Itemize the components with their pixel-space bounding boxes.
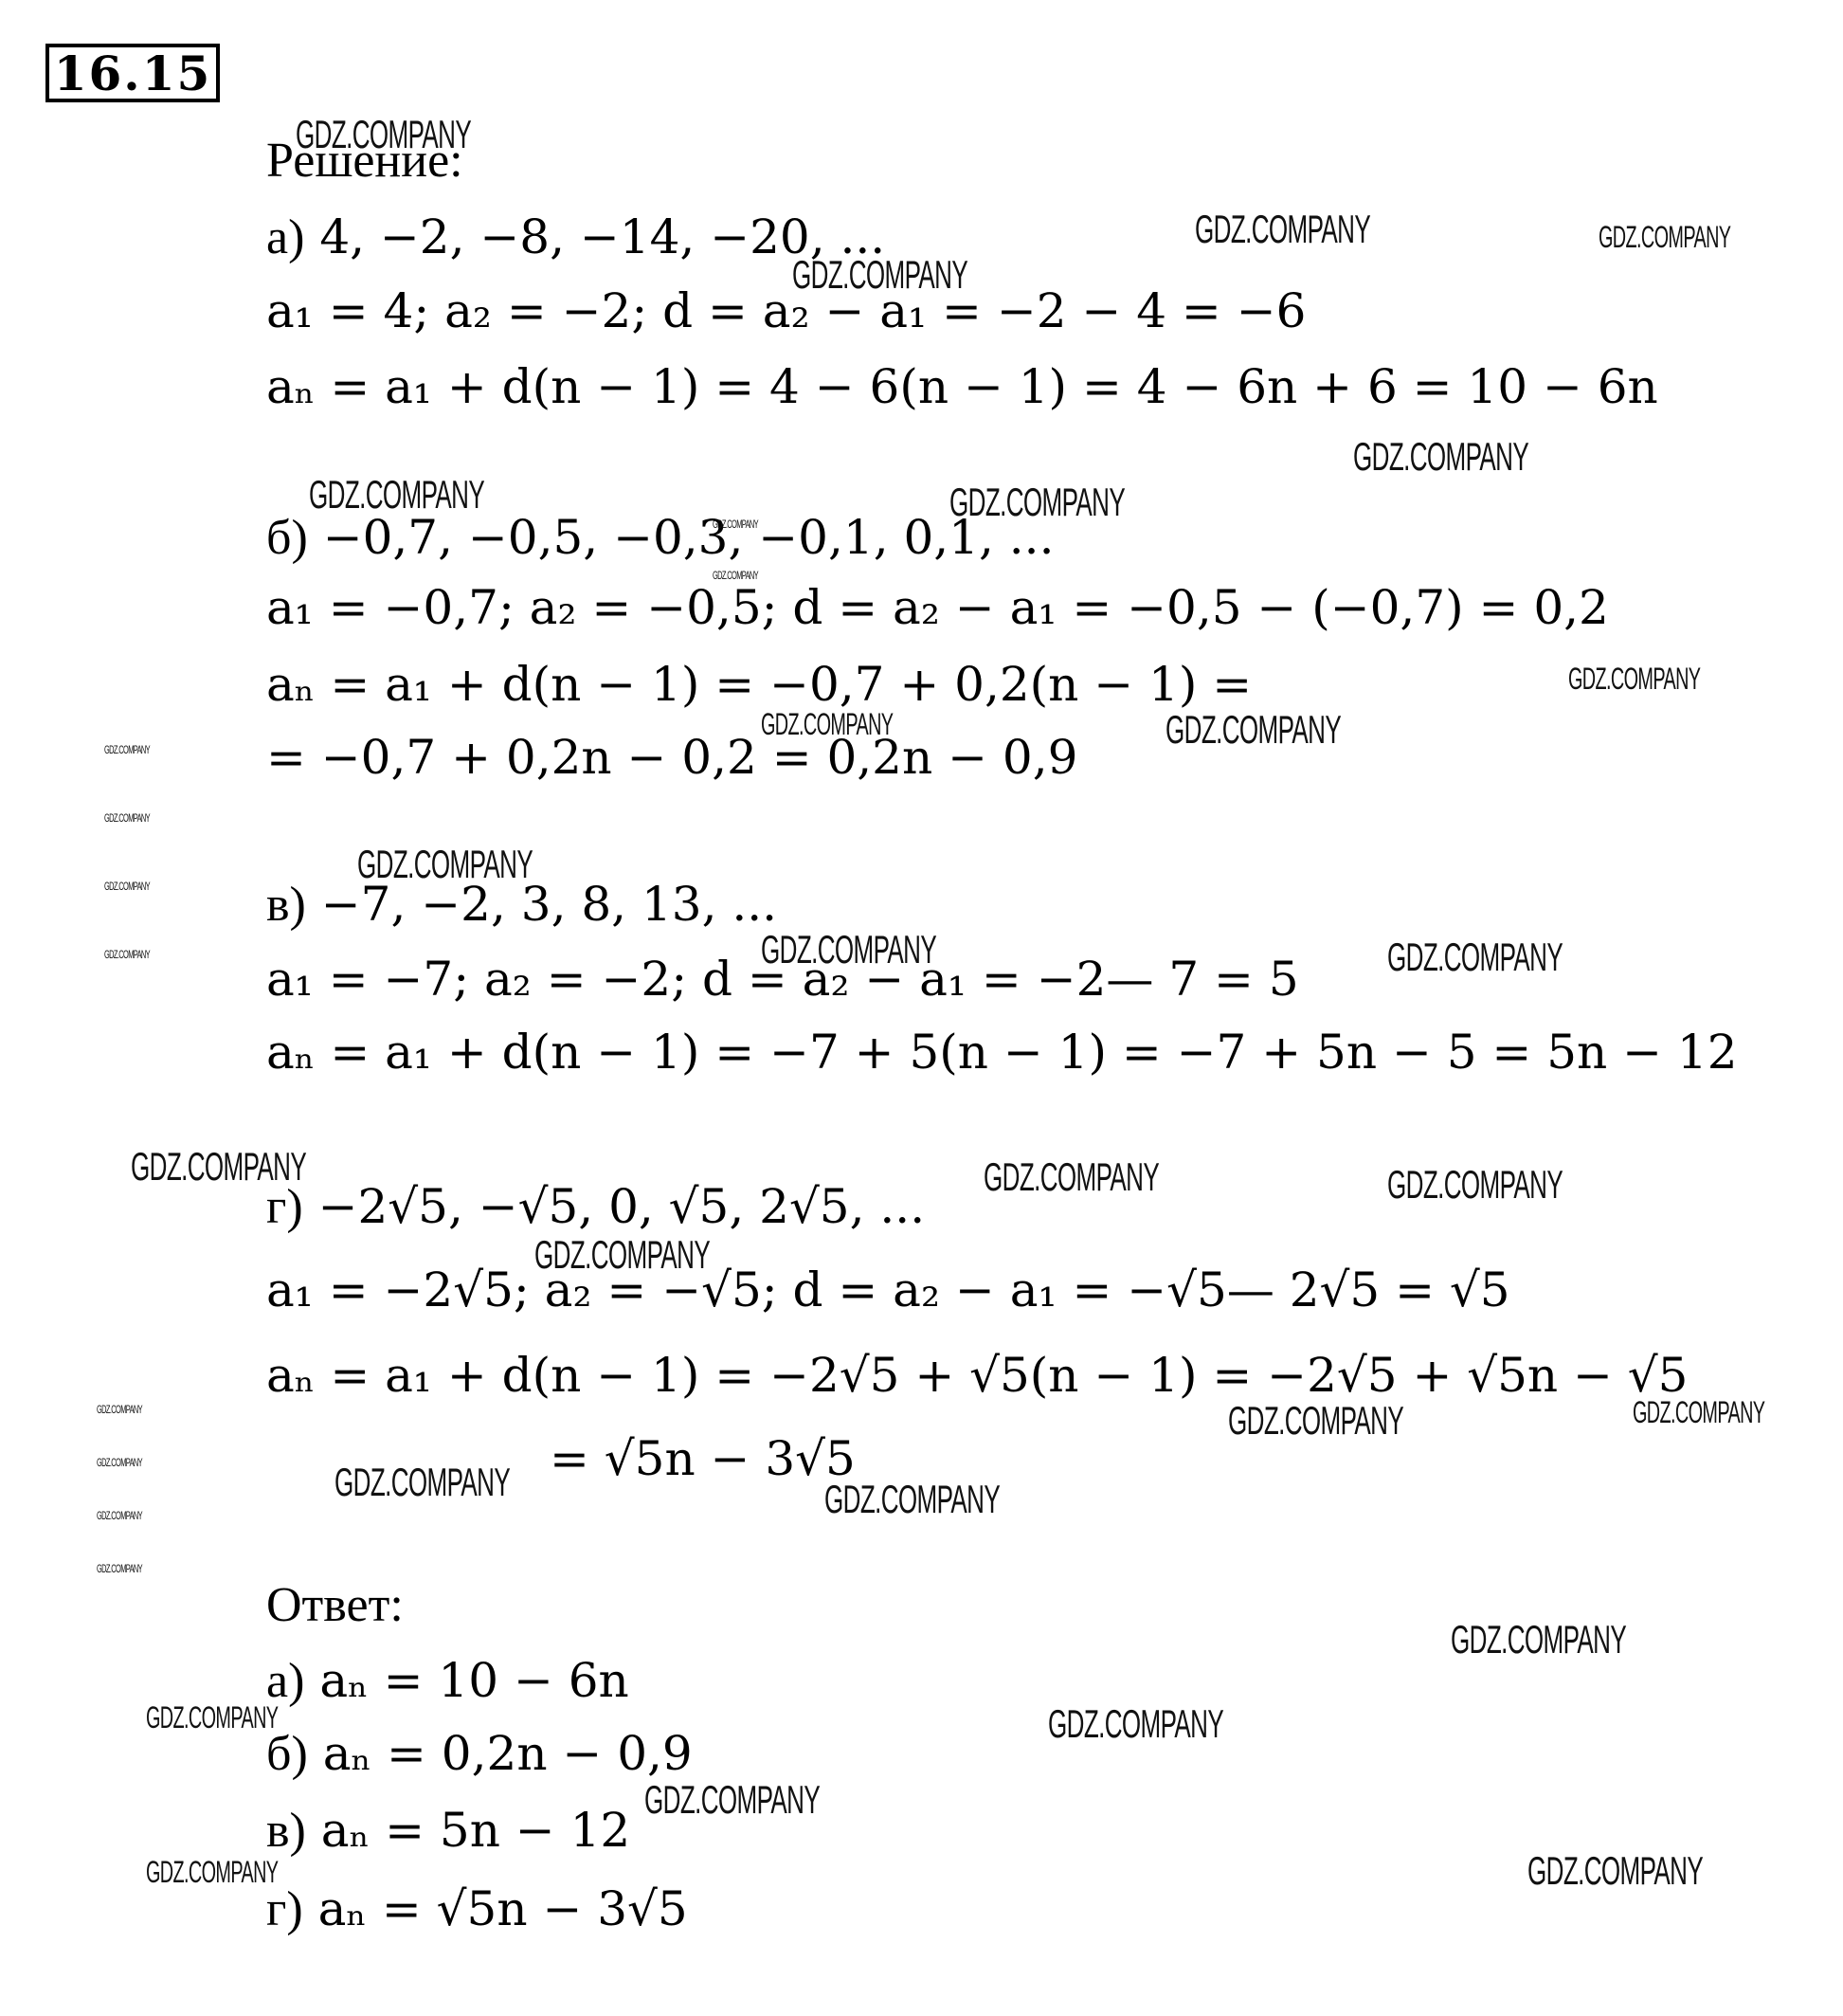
watermark: GDZ.COMPANY bbox=[824, 1477, 1000, 1522]
watermark: GDZ.COMPANY bbox=[104, 743, 150, 756]
watermark: GDZ.COMPANY bbox=[1165, 707, 1341, 753]
watermark: GDZ.COMPANY bbox=[131, 1144, 306, 1190]
watermark: GDZ.COMPANY bbox=[104, 811, 150, 825]
watermark: GDZ.COMPANY bbox=[309, 472, 484, 518]
watermark: GDZ.COMPANY bbox=[97, 1403, 142, 1416]
watermark: GDZ.COMPANY bbox=[761, 707, 893, 742]
watermark: GDZ.COMPANY bbox=[644, 1777, 820, 1823]
answer-a: а) aₙ = 10 − 6n bbox=[266, 1652, 629, 1710]
watermark: GDZ.COMPANY bbox=[534, 1232, 710, 1278]
part-d-general-term-cont: = √5n − 3√5 bbox=[550, 1430, 856, 1487]
answer-heading: Ответ: bbox=[266, 1577, 404, 1634]
answer-d: г) aₙ = √5n − 3√5 bbox=[266, 1880, 688, 1938]
watermark: GDZ.COMPANY bbox=[104, 948, 150, 961]
part-a-first-terms: a₁ = 4; a₂ = −2; d = a₂ − a₁ = −2 − 4 = … bbox=[266, 282, 1306, 339]
watermark: GDZ.COMPANY bbox=[1353, 434, 1528, 480]
part-b-sequence: б) −0,7, −0,5, −0,3, −0,1, 0,1, ... bbox=[266, 509, 1054, 567]
watermark: GDZ.COMPANY bbox=[1568, 662, 1700, 697]
part-d-sequence: г) −2√5, −√5, 0, √5, 2√5, ... bbox=[266, 1178, 925, 1236]
problem-number: 16.15 bbox=[45, 44, 220, 102]
watermark: GDZ.COMPANY bbox=[104, 880, 150, 893]
watermark: GDZ.COMPANY bbox=[1195, 207, 1370, 252]
watermark: GDZ.COMPANY bbox=[1527, 1848, 1703, 1894]
watermark: GDZ.COMPANY bbox=[334, 1460, 510, 1505]
watermark: GDZ.COMPANY bbox=[1451, 1617, 1626, 1662]
answer-b: б) aₙ = 0,2n − 0,9 bbox=[266, 1725, 693, 1783]
watermark: GDZ.COMPANY bbox=[97, 1562, 142, 1575]
watermark: GDZ.COMPANY bbox=[97, 1456, 142, 1469]
watermark: GDZ.COMPANY bbox=[949, 480, 1125, 525]
part-b-first-terms: a₁ = −0,7; a₂ = −0,5; d = a₂ − a₁ = −0,5… bbox=[266, 579, 1609, 636]
watermark: GDZ.COMPANY bbox=[984, 1154, 1159, 1200]
part-c-general-term: aₙ = a₁ + d(n − 1) = −7 + 5(n − 1) = −7 … bbox=[266, 1024, 1738, 1081]
part-b-general-term-cont: = −0,7 + 0,2n − 0,2 = 0,2n − 0,9 bbox=[266, 729, 1077, 786]
watermark: GDZ.COMPANY bbox=[1228, 1398, 1403, 1444]
answer-c: в) aₙ = 5n − 12 bbox=[266, 1802, 630, 1860]
watermark: GDZ.COMPANY bbox=[97, 1509, 142, 1522]
watermark: GDZ.COMPANY bbox=[1387, 935, 1563, 980]
part-d-general-term: aₙ = a₁ + d(n − 1) = −2√5 + √5(n − 1) = … bbox=[266, 1347, 1688, 1404]
part-a-general-term: aₙ = a₁ + d(n − 1) = 4 − 6(n − 1) = 4 − … bbox=[266, 358, 1658, 415]
watermark: GDZ.COMPANY bbox=[713, 518, 758, 531]
watermark: GDZ.COMPANY bbox=[146, 1855, 278, 1890]
watermark: GDZ.COMPANY bbox=[1633, 1395, 1764, 1430]
watermark: GDZ.COMPANY bbox=[1599, 220, 1730, 255]
watermark: GDZ.COMPANY bbox=[713, 569, 758, 582]
part-b-general-term: aₙ = a₁ + d(n − 1) = −0,7 + 0,2(n − 1) = bbox=[266, 656, 1252, 713]
watermark: GDZ.COMPANY bbox=[1387, 1162, 1563, 1208]
watermark: GDZ.COMPANY bbox=[792, 252, 967, 298]
watermark: GDZ.COMPANY bbox=[1048, 1701, 1223, 1747]
watermark: GDZ.COMPANY bbox=[146, 1700, 278, 1735]
watermark: GDZ.COMPANY bbox=[357, 842, 533, 887]
watermark: GDZ.COMPANY bbox=[761, 927, 936, 972]
part-d-first-terms: a₁ = −2√5; a₂ = −√5; d = a₂ − a₁ = −√5— … bbox=[266, 1262, 1510, 1318]
watermark: GDZ.COMPANY bbox=[296, 112, 471, 157]
